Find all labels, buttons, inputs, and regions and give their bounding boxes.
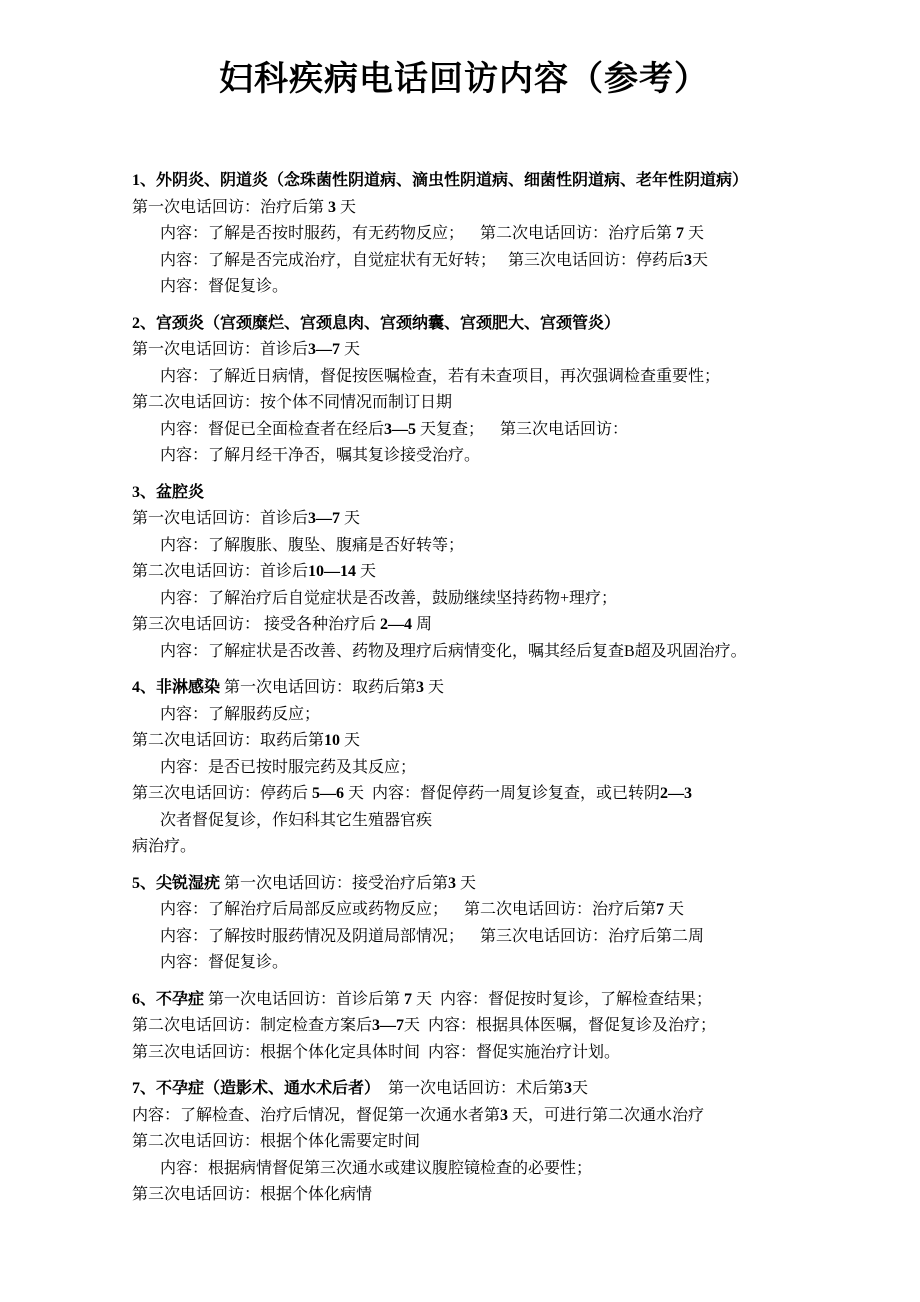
document-line: 次者督促复诊，作妇科其它生殖器官疾 xyxy=(132,808,796,835)
text-segment: 天 xyxy=(340,341,360,358)
bold-text-segment: 7 xyxy=(404,991,412,1008)
document-line: 内容：了解检查、治疗后情况，督促第一次通水者第3 天，可进行第二次通水治疗 xyxy=(132,1103,796,1130)
text-segment: 内容：了解按时服药情况及阴道局部情况； 第三次电话回访：治疗后第二周 xyxy=(160,928,704,945)
document-title: 妇科疾病电话回访内容（参考） xyxy=(132,58,796,102)
text-segment: 天 xyxy=(684,225,704,242)
document-line: 内容：了解近日病情，督促按医嘱检查，若有未查项目，再次强调检查重要性； xyxy=(132,364,796,391)
text-segment: 天 xyxy=(356,563,376,580)
section-2: 2、宫颈炎（宫颈糜烂、宫颈息肉、宫颈纳囊、宫颈肥大、宫颈管炎）第一次电话回访：首… xyxy=(132,311,796,470)
text-segment: 天复查； 第三次电话回访： xyxy=(416,421,628,438)
document-line: 第一次电话回访：治疗后第 3 天 xyxy=(132,195,796,222)
text-segment: 天 内容：督促按时复诊，了解检查结果； xyxy=(412,991,712,1008)
text-segment: 第三次电话回访：根据个体化病情 xyxy=(132,1186,372,1203)
text-segment: 天 xyxy=(572,1080,588,1097)
bold-text-segment: 3 xyxy=(684,252,692,269)
section-5: 5、尖锐湿疣 第一次电话回访：接受治疗后第3 天内容：了解治疗后局部反应或药物反… xyxy=(132,871,796,977)
text-segment: 天 xyxy=(340,510,360,527)
bold-text-segment: 3—5 xyxy=(384,421,416,438)
bold-text-segment: 3 xyxy=(416,679,424,696)
document-line: 第三次电话回访： 接受各种治疗后 2—4 周 xyxy=(132,612,796,639)
bold-text-segment: 3 xyxy=(448,875,456,892)
document-line: 2、宫颈炎（宫颈糜烂、宫颈息肉、宫颈纳囊、宫颈肥大、宫颈管炎） xyxy=(132,311,796,338)
document-line: 第二次电话回访：制定检查方案后3—7天 内容：根据具体医嘱，督促复诊及治疗； xyxy=(132,1013,796,1040)
document-line: 内容：了解症状是否改善、药物及理疗后病情变化，嘱其经后复查B超及巩固治疗。 xyxy=(132,639,796,666)
document-line: 内容：了解是否完成治疗，自觉症状有无好转； 第三次电话回访：停药后3天 xyxy=(132,248,796,275)
text-segment: 内容：督促复诊。 xyxy=(160,954,288,971)
text-segment: 第三次电话回访：根据个体化定具体时间 内容：督促实施治疗计划。 xyxy=(132,1044,620,1061)
bold-text-segment: 5—6 xyxy=(312,785,344,802)
text-segment: 第一次电话回访：取药后第 xyxy=(220,679,416,696)
text-segment: 内容：了解检查、治疗后情况，督促第一次通水者第 xyxy=(132,1107,500,1124)
text-segment: 天 xyxy=(692,252,708,269)
document-page: 妇科疾病电话回访内容（参考） 1、外阴炎、阴道炎（念珠菌性阴道病、滴虫性阴道病、… xyxy=(0,0,920,1302)
text-segment: 内容：了解月经干净否，嘱其复诊接受治疗。 xyxy=(160,447,480,464)
text-segment: 第二次电话回访：首诊后 xyxy=(132,563,308,580)
document-line: 第三次电话回访：停药后 5—6 天 内容：督促停药一周复诊复查，或已转阴2—3 xyxy=(132,781,796,808)
text-segment: 内容：督促复诊。 xyxy=(160,278,288,295)
document-line: 第一次电话回访：首诊后3—7 天 xyxy=(132,337,796,364)
bold-text-segment: 10 xyxy=(324,732,340,749)
text-segment: 内容：根据病情督促第三次通水或建议腹腔镜检查的必要性； xyxy=(160,1160,592,1177)
text-segment: 内容：了解近日病情，督促按医嘱检查，若有未查项目，再次强调检查重要性； xyxy=(160,368,720,385)
text-segment: 病治疗。 xyxy=(132,838,196,855)
text-segment: 天 xyxy=(340,732,360,749)
bold-text-segment: 5、尖锐湿疣 xyxy=(132,875,220,892)
document-line: 7、不孕症（造影术、通水术后者） 第一次电话回访：术后第3天 xyxy=(132,1076,796,1103)
bold-text-segment: 3 xyxy=(500,1107,508,1124)
section-6: 6、不孕症 第一次电话回访：首诊后第 7 天 内容：督促按时复诊，了解检查结果；… xyxy=(132,987,796,1067)
text-segment: 第三次电话回访： 接受各种治疗后 xyxy=(132,616,380,633)
document-line: 内容：了解服药反应； xyxy=(132,702,796,729)
bold-text-segment: 6、不孕症 xyxy=(132,991,204,1008)
text-segment: 内容：了解症状是否改善、药物及理疗后病情变化，嘱其经后复查B超及巩固治疗。 xyxy=(160,643,747,660)
document-line: 第三次电话回访：根据个体化病情 xyxy=(132,1182,796,1209)
section-7: 7、不孕症（造影术、通水术后者） 第一次电话回访：术后第3天内容：了解检查、治疗… xyxy=(132,1076,796,1209)
document-line: 第二次电话回访：根据个体化需要定时间 xyxy=(132,1129,796,1156)
document-line: 内容：督促复诊。 xyxy=(132,274,796,301)
text-segment: 内容：了解服药反应； xyxy=(160,706,320,723)
text-segment: 第二次电话回访：制定检查方案后 xyxy=(132,1017,372,1034)
text-segment: 天 内容：根据具体医嘱，督促复诊及治疗； xyxy=(404,1017,716,1034)
bold-text-segment: 3—7 xyxy=(308,510,340,527)
text-segment: 天，可进行第二次通水治疗 xyxy=(508,1107,704,1124)
text-segment: 周 xyxy=(412,616,432,633)
text-segment: 第一次电话回访：首诊后 xyxy=(132,341,308,358)
text-segment: 内容：了解治疗后自觉症状是否改善，鼓励继续坚持药物+理疗； xyxy=(160,590,617,607)
document-line: 第二次电话回访：按个体不同情况而制订日期 xyxy=(132,390,796,417)
bold-text-segment: 7 xyxy=(656,901,664,918)
text-segment: 第一次电话回访：术后第 xyxy=(380,1080,564,1097)
bold-text-segment: 7 xyxy=(676,225,684,242)
text-segment: 次者督促复诊，作妇科其它生殖器官疾 xyxy=(160,812,432,829)
text-segment: 第二次电话回访：按个体不同情况而制订日期 xyxy=(132,394,452,411)
bold-text-segment: 3—7 xyxy=(372,1017,404,1034)
document-line: 第三次电话回访：根据个体化定具体时间 内容：督促实施治疗计划。 xyxy=(132,1040,796,1067)
text-segment: 内容：了解治疗后局部反应或药物反应； 第二次电话回访：治疗后第 xyxy=(160,901,656,918)
text-segment: 第三次电话回访：停药后 xyxy=(132,785,312,802)
text-segment: 天 内容：督促停药一周复诊复查，或已转阴 xyxy=(344,785,660,802)
text-segment: 天 xyxy=(336,199,356,216)
text-segment: 第二次电话回访：根据个体化需要定时间 xyxy=(132,1133,420,1150)
document-line: 内容：了解治疗后局部反应或药物反应； 第二次电话回访：治疗后第7 天 xyxy=(132,897,796,924)
section-3: 3、盆腔炎第一次电话回访：首诊后3—7 天内容：了解腹胀、腹坠、腹痛是否好转等；… xyxy=(132,480,796,666)
document-line: 第二次电话回访：取药后第10 天 xyxy=(132,728,796,755)
document-line: 3、盆腔炎 xyxy=(132,480,796,507)
document-line: 内容：督促复诊。 xyxy=(132,950,796,977)
bold-text-segment: 3、盆腔炎 xyxy=(132,484,204,501)
text-segment: 内容：了解腹胀、腹坠、腹痛是否好转等； xyxy=(160,537,464,554)
text-segment: 第一次电话回访：治疗后第 xyxy=(132,199,328,216)
text-segment: 内容：了解是否按时服药，有无药物反应； 第二次电话回访：治疗后第 xyxy=(160,225,676,242)
document-line: 内容：了解腹胀、腹坠、腹痛是否好转等； xyxy=(132,533,796,560)
document-line: 内容：了解治疗后自觉症状是否改善，鼓励继续坚持药物+理疗； xyxy=(132,586,796,613)
document-line: 内容：了解是否按时服药，有无药物反应； 第二次电话回访：治疗后第 7 天 xyxy=(132,221,796,248)
document-line: 第一次电话回访：首诊后3—7 天 xyxy=(132,506,796,533)
document-line: 内容：是否已按时服完药及其反应； xyxy=(132,755,796,782)
document-line: 内容：了解月经干净否，嘱其复诊接受治疗。 xyxy=(132,443,796,470)
bold-text-segment: 7、不孕症（造影术、通水术后者） xyxy=(132,1080,380,1097)
bold-text-segment: 2、宫颈炎（宫颈糜烂、宫颈息肉、宫颈纳囊、宫颈肥大、宫颈管炎） xyxy=(132,315,620,332)
text-segment: 内容：督促已全面检查者在经后 xyxy=(160,421,384,438)
bold-text-segment: 1、外阴炎、阴道炎（念珠菌性阴道病、滴虫性阴道病、细菌性阴道病、老年性阴道病） xyxy=(132,172,748,189)
section-4: 4、非淋感染 第一次电话回访：取药后第3 天内容：了解服药反应；第二次电话回访：… xyxy=(132,675,796,861)
document-line: 内容：根据病情督促第三次通水或建议腹腔镜检查的必要性； xyxy=(132,1156,796,1183)
document-line: 内容：督促已全面检查者在经后3—5 天复查； 第三次电话回访： xyxy=(132,417,796,444)
text-segment: 内容：了解是否完成治疗，自觉症状有无好转； 第三次电话回访：停药后 xyxy=(160,252,684,269)
bold-text-segment: 3—7 xyxy=(308,341,340,358)
text-segment: 第一次电话回访：首诊后第 xyxy=(204,991,404,1008)
document-line: 4、非淋感染 第一次电话回访：取药后第3 天 xyxy=(132,675,796,702)
text-segment: 第一次电话回访：首诊后 xyxy=(132,510,308,527)
text-segment: 天 xyxy=(424,679,444,696)
bold-text-segment: 4、非淋感染 xyxy=(132,679,220,696)
bold-text-segment: 3 xyxy=(328,199,336,216)
bold-text-segment: 10—14 xyxy=(308,563,356,580)
text-segment: 天 xyxy=(664,901,684,918)
text-segment: 内容：是否已按时服完药及其反应； xyxy=(160,759,416,776)
document-line: 6、不孕症 第一次电话回访：首诊后第 7 天 内容：督促按时复诊，了解检查结果； xyxy=(132,987,796,1014)
document-line: 1、外阴炎、阴道炎（念珠菌性阴道病、滴虫性阴道病、细菌性阴道病、老年性阴道病） xyxy=(132,168,796,195)
document-line: 第二次电话回访：首诊后10—14 天 xyxy=(132,559,796,586)
bold-text-segment: 2—4 xyxy=(380,616,412,633)
document-body: 1、外阴炎、阴道炎（念珠菌性阴道病、滴虫性阴道病、细菌性阴道病、老年性阴道病）第… xyxy=(132,168,796,1209)
document-line: 内容：了解按时服药情况及阴道局部情况； 第三次电话回访：治疗后第二周 xyxy=(132,924,796,951)
text-segment: 第一次电话回访：接受治疗后第 xyxy=(220,875,448,892)
text-segment: 天 xyxy=(456,875,476,892)
text-segment: 第二次电话回访：取药后第 xyxy=(132,732,324,749)
document-line: 5、尖锐湿疣 第一次电话回访：接受治疗后第3 天 xyxy=(132,871,796,898)
document-line: 病治疗。 xyxy=(132,834,796,861)
bold-text-segment: 3 xyxy=(564,1080,572,1097)
bold-text-segment: 2—3 xyxy=(660,785,692,802)
section-1: 1、外阴炎、阴道炎（念珠菌性阴道病、滴虫性阴道病、细菌性阴道病、老年性阴道病）第… xyxy=(132,168,796,301)
